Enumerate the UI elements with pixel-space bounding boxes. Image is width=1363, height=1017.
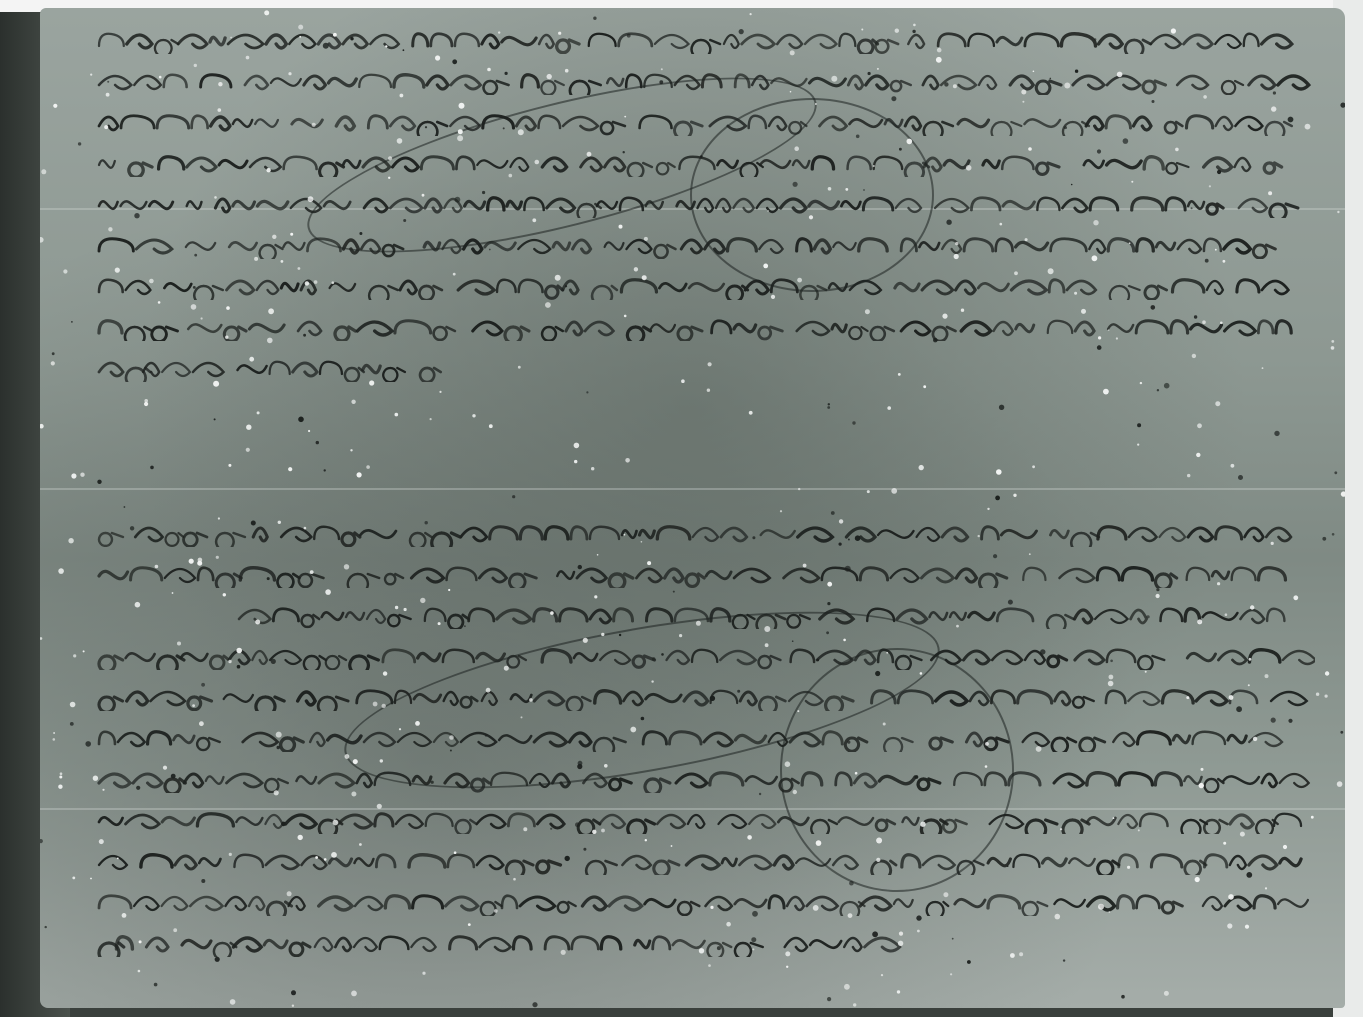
handwritten-line	[95, 800, 1325, 834]
handwritten-line	[95, 348, 1325, 382]
ink-loop-mark	[780, 648, 1014, 892]
fold-crease	[40, 488, 1345, 490]
handwritten-line	[95, 923, 1325, 957]
handwritten-line	[95, 513, 1325, 547]
ink-loop-mark	[690, 98, 934, 292]
handwritten-line	[95, 759, 1325, 793]
handwritten-line	[95, 554, 1325, 588]
handwritten-line	[95, 307, 1325, 341]
handwritten-line	[95, 20, 1325, 54]
handwritten-line	[95, 266, 1325, 300]
manuscript-sheet	[40, 8, 1345, 1008]
handwritten-line	[95, 841, 1325, 875]
handwritten-line	[95, 882, 1325, 916]
